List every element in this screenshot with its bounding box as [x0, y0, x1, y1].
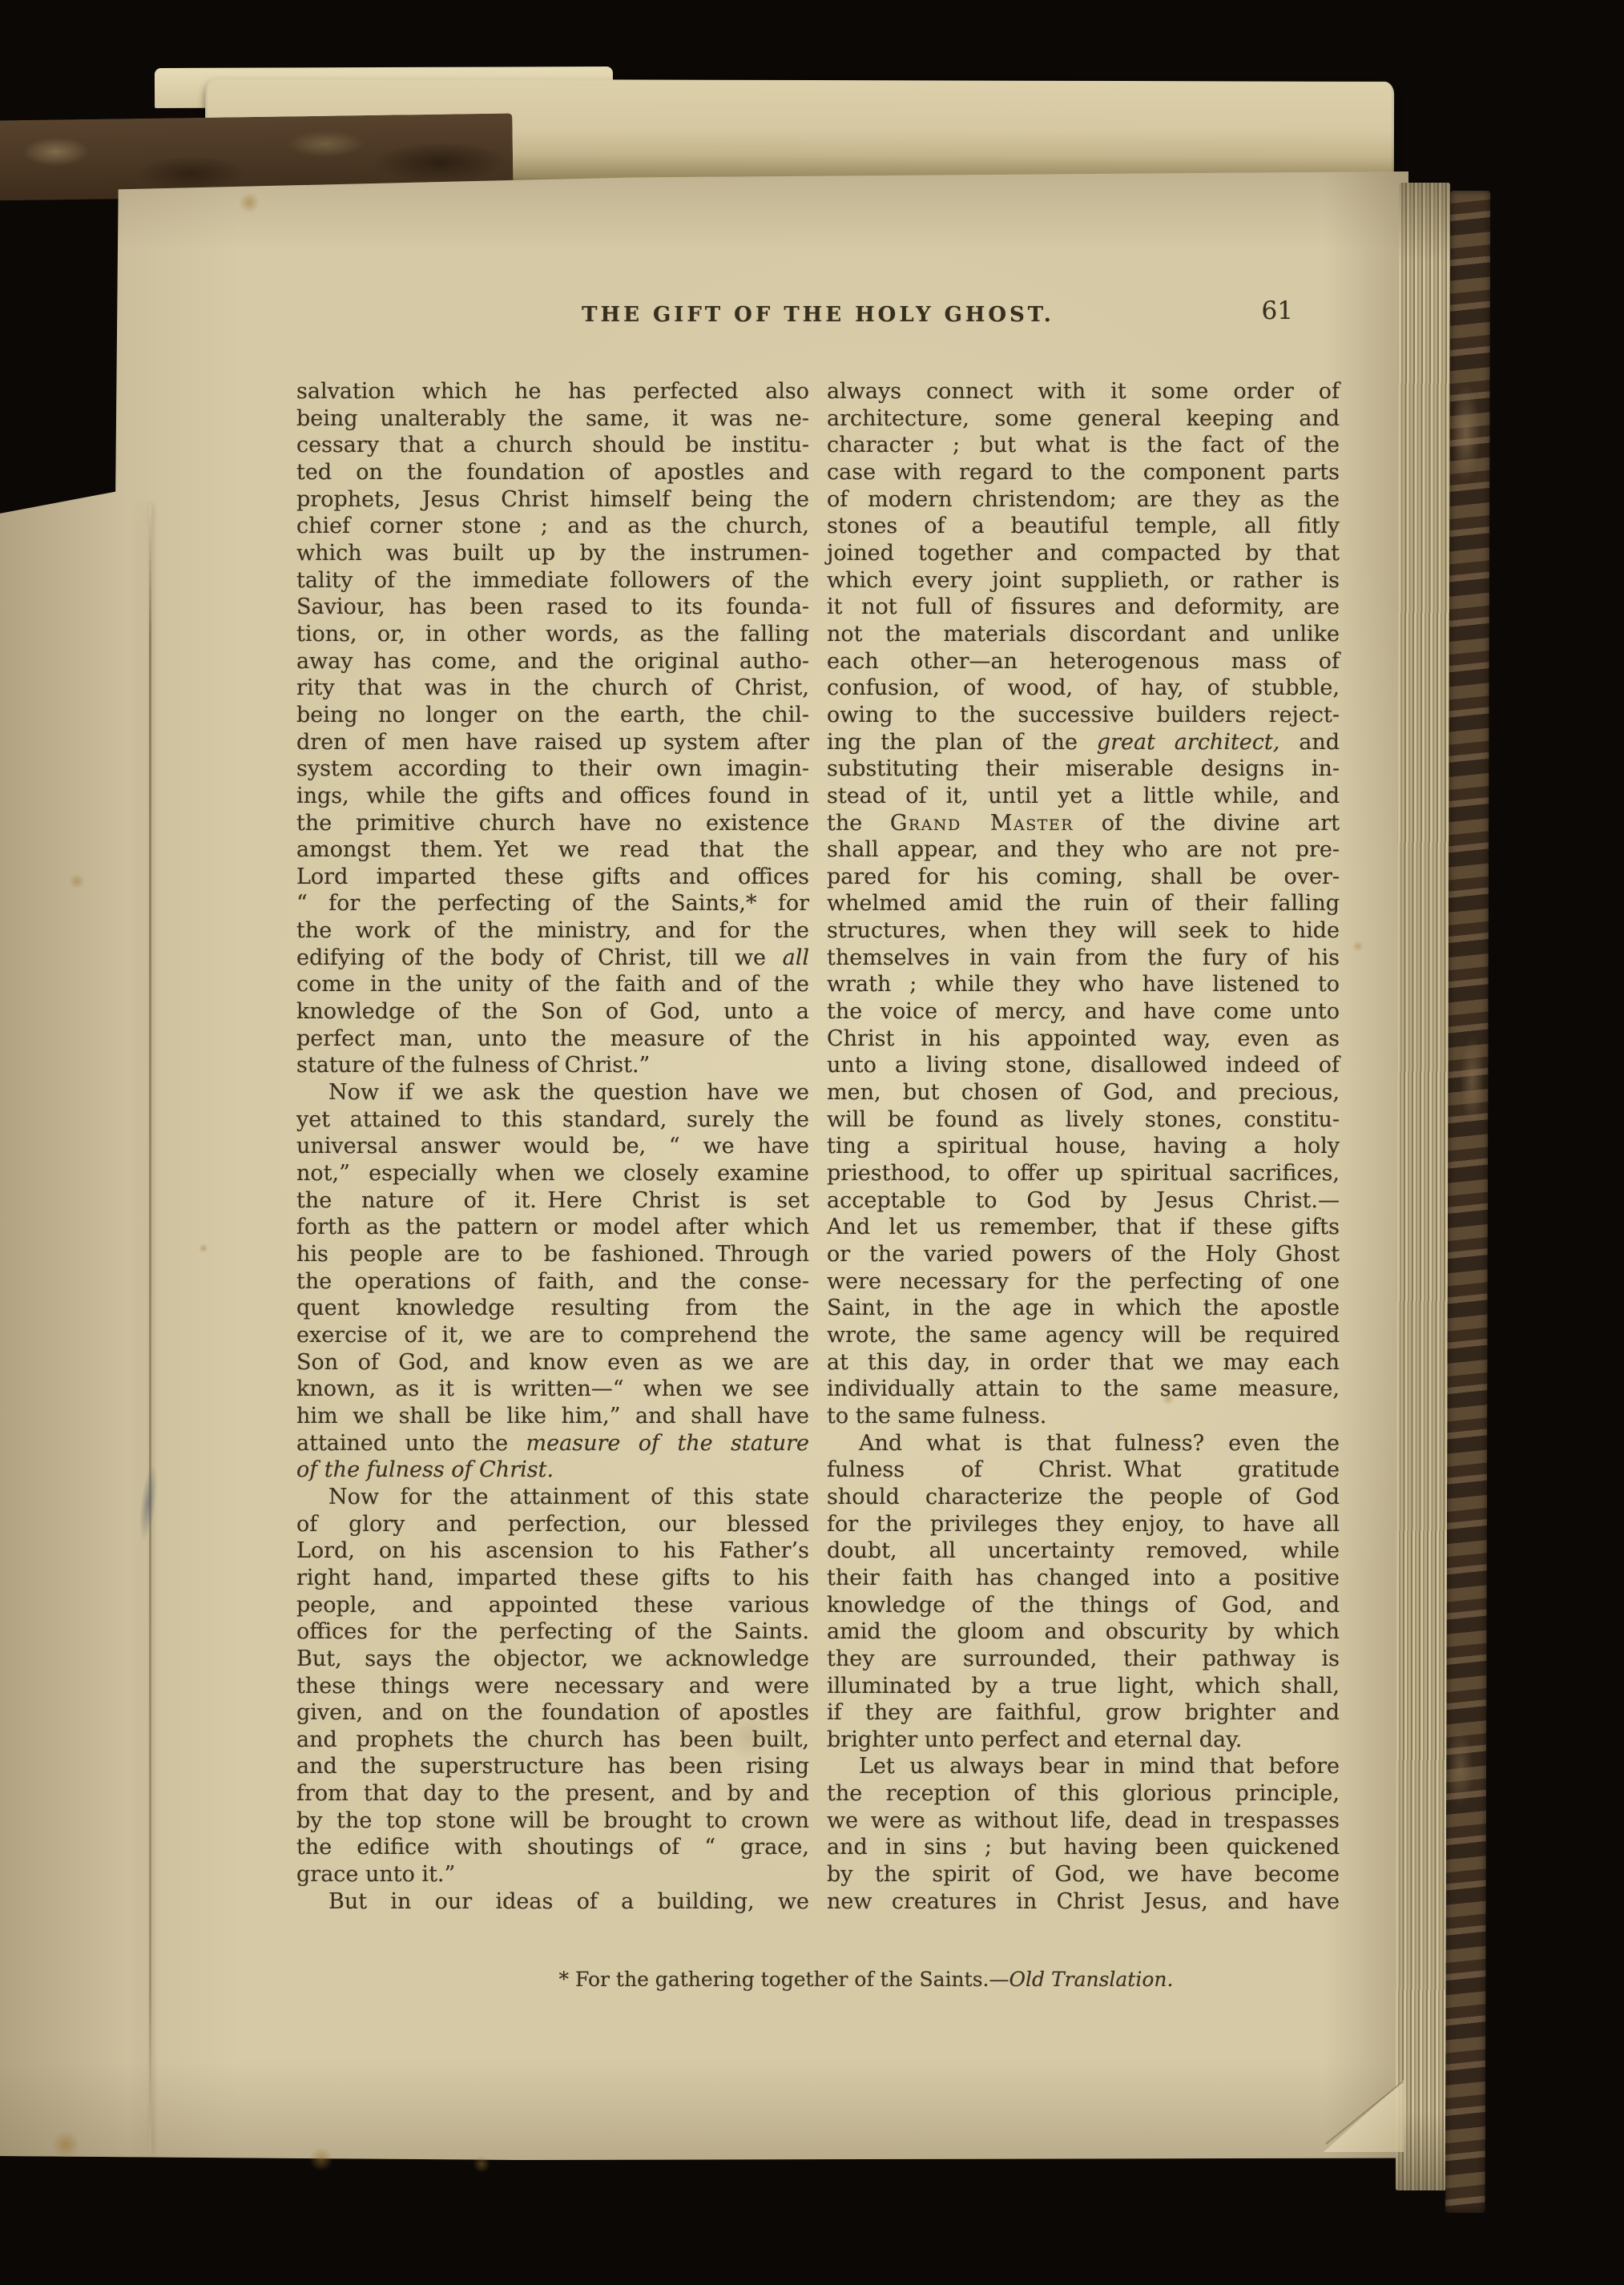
text-line: and the superstructure has been rising — [296, 1753, 809, 1780]
text-line: Lord, on his ascension to his Father’s — [296, 1537, 809, 1565]
text-line: being unalterably the same, it was ne- — [296, 405, 809, 433]
text-line: Now for the attainment of this state — [296, 1484, 809, 1511]
text-line: and in sins ; but having been quickened — [827, 1834, 1340, 1861]
foxing-spot — [473, 2155, 490, 2173]
text-line: doubt, all uncertainty removed, while — [827, 1537, 1340, 1565]
text-line: from that day to the present, and by and — [296, 1780, 809, 1807]
text-line: known, as it is written—“ when we see — [296, 1376, 809, 1403]
text-line: structures, when they will seek to hide — [827, 917, 1340, 945]
text-line: chief corner stone ; and as the church, — [296, 513, 809, 540]
text-line: knowledge of the things of God, and — [827, 1592, 1340, 1619]
text-line: whelmed amid the ruin of their falling — [827, 890, 1340, 917]
text-line: or the varied powers of the Holy Ghost — [827, 1241, 1340, 1268]
text-line: not the materials discordant and unlike — [827, 621, 1340, 648]
text-line: of glory and perfection, our blessed — [296, 1511, 809, 1538]
text-line: Christ in his appointed way, even as — [827, 1026, 1340, 1053]
text-line: dren of men have raised up system after — [296, 729, 809, 756]
text-line: exercise of it, we are to comprehend the — [296, 1322, 809, 1349]
text-line: architecture, some general keeping and — [827, 405, 1340, 433]
text-line: ing the plan of the great architect, and — [827, 729, 1340, 756]
text-line: And let us remember, that if these gifts — [827, 1214, 1340, 1241]
text-line: which every joint supplieth, or rather i… — [827, 567, 1340, 594]
text-line: unto a living stone, disallowed indeed o… — [827, 1052, 1340, 1079]
text-line: tality of the immediate followers of the — [296, 567, 809, 594]
text-line: Son of God, and know even as we are — [296, 1349, 809, 1376]
text-line: of modern christendom; are they as the — [827, 486, 1340, 514]
text-line: wrote, the same agency will be required — [827, 1322, 1340, 1349]
text-line: themselves in vain from the fury of his — [827, 945, 1340, 972]
text-line: pared for his coming, shall be over- — [827, 864, 1340, 891]
text-line: shall appear, and they who are not pre- — [827, 836, 1340, 864]
text-line: Lord imparted these gifts and offices — [296, 864, 809, 891]
foxing-spot — [199, 1243, 208, 1253]
text-line: perfect man, unto the measure of the — [296, 1026, 809, 1053]
text-line: and prophets the church has been built, — [296, 1727, 809, 1754]
text-line: “ for the perfecting of the Saints,* for — [296, 890, 809, 917]
text-line: salvation which he has perfected also — [296, 378, 809, 405]
text-line: attained unto the measure of the stature — [296, 1430, 809, 1457]
text-line: by the top stone will be brought to crow… — [296, 1807, 809, 1835]
text-line: they are surrounded, their pathway is — [827, 1646, 1340, 1673]
text-line: tions, or, in other words, as the fallin… — [296, 621, 809, 648]
text-line: Let us always bear in mind that before — [827, 1753, 1340, 1780]
text-line: for the privileges they enjoy, to have a… — [827, 1511, 1340, 1538]
text-line: yet attained to this standard, surely th… — [296, 1106, 809, 1134]
text-line: forth as the pattern or model after whic… — [296, 1214, 809, 1241]
text-line: of the fulness of Christ. — [296, 1457, 809, 1484]
text-line: grace unto it.” — [296, 1861, 809, 1888]
text-line: ting a spiritual house, having a holy — [827, 1133, 1340, 1160]
text-line: their faith has changed into a positive — [827, 1565, 1340, 1592]
text-line: individually attain to the same measure, — [827, 1376, 1340, 1403]
page-number: 61 — [1262, 296, 1293, 325]
text-line: joined together and compacted by that — [827, 540, 1340, 567]
text-line: should characterize the people of God — [827, 1484, 1340, 1511]
text-line: quent knowledge resulting from the — [296, 1295, 809, 1322]
text-columns: salvation which he has perfected alsobei… — [296, 378, 1340, 1915]
text-line: people, and appointed these various — [296, 1592, 809, 1619]
text-line: But in our ideas of a building, we — [296, 1888, 809, 1916]
text-line: the operations of faith, and the conse- — [296, 1268, 809, 1296]
text-line: men, but chosen of God, and precious, — [827, 1079, 1340, 1106]
text-line: which was built up by the instrumen- — [296, 540, 809, 567]
text-column-left: salvation which he has perfected alsobei… — [296, 378, 809, 1915]
footnote: * For the gathering together of the Sain… — [345, 1968, 1388, 1991]
text-line: amid the gloom and obscurity by which — [827, 1618, 1340, 1646]
running-head-title: THE GIFT OF THE HOLY GHOST. — [582, 303, 1054, 327]
text-line: the primitive church have no existence — [296, 810, 809, 837]
text-column-right: always connect with it some order ofarch… — [827, 378, 1340, 1915]
text-line: knowledge of the Son of God, unto a — [296, 998, 809, 1026]
text-line: illuminated by a true light, which shall… — [827, 1673, 1340, 1700]
text-line: right hand, imparted these gifts to his — [296, 1565, 809, 1592]
text-line: were necessary for the perfecting of one — [827, 1268, 1340, 1296]
text-line: stature of the fulness of Christ.” — [296, 1052, 809, 1079]
text-line: stones of a beautiful temple, all fitly — [827, 513, 1340, 540]
text-line: come in the unity of the faith and of th… — [296, 971, 809, 998]
text-line: stead of it, until yet a little while, a… — [827, 783, 1340, 810]
text-line: at this day, in order that we may each — [827, 1349, 1340, 1376]
text-line: confusion, of wood, of hay, of stubble, — [827, 675, 1340, 702]
text-line: rity that was in the church of Christ, — [296, 675, 809, 702]
text-line: the Grand Master of the divine art — [827, 810, 1340, 837]
gutter-crease — [149, 505, 151, 2154]
text-line: being no longer on the earth, the chil- — [296, 702, 809, 729]
text-line: owing to the successive builders reject- — [827, 702, 1340, 729]
text-line: if they are faithful, grow brighter and — [827, 1699, 1340, 1727]
text-line: edifying of the body of Christ, till we … — [296, 945, 809, 972]
text-line: him we shall be like him,” and shall hav… — [296, 1403, 809, 1430]
text-line: each other—an heterogenous mass of — [827, 648, 1340, 675]
text-line: ings, while the gifts and offices found … — [296, 783, 809, 810]
text-line: brighter unto perfect and eternal day. — [827, 1727, 1340, 1754]
text-line: priesthood, to offer up spiritual sacrif… — [827, 1160, 1340, 1187]
text-line: away has come, and the original autho- — [296, 648, 809, 675]
text-line: Now if we ask the question have we — [296, 1079, 809, 1106]
text-line: always connect with it some order of — [827, 378, 1340, 405]
text-line: system according to their own imagin- — [296, 756, 809, 783]
text-line: character ; but what is the fact of the — [827, 432, 1340, 459]
text-line: fulness of Christ. What gratitude — [827, 1457, 1340, 1484]
text-line: substituting their miserable designs in- — [827, 756, 1340, 783]
leather-cover-edge — [1445, 191, 1491, 2213]
text-line: we were as without life, dead in trespas… — [827, 1807, 1340, 1835]
text-line: the reception of this glorious principle… — [827, 1780, 1340, 1807]
foxing-spot — [51, 2131, 80, 2158]
text-line: Saviour, has been rased to its founda- — [296, 594, 809, 621]
text-line: offices for the perfecting of the Saints… — [296, 1618, 809, 1646]
text-line: prophets, Jesus Christ himself being the — [296, 486, 809, 514]
text-line: given, and on the foundation of apostles — [296, 1699, 809, 1727]
text-line: new creatures in Christ Jesus, and have — [827, 1888, 1340, 1916]
text-line: case with regard to the component parts — [827, 459, 1340, 486]
text-line: acceptable to God by Jesus Christ.— — [827, 1187, 1340, 1215]
foxing-spot — [309, 2147, 333, 2171]
text-line: ted on the foundation of apostles and — [296, 459, 809, 486]
text-line: universal answer would be, “ we have — [296, 1133, 809, 1160]
text-line: the edifice with shoutings of “ grace, — [296, 1834, 809, 1861]
stacked-page-edges — [1396, 183, 1450, 2190]
foxing-spot — [1352, 941, 1364, 952]
text-line: the work of the ministry, and for the — [296, 917, 809, 945]
running-head: THE GIFT OF THE HOLY GHOST. 61 — [296, 303, 1340, 327]
text-line: wrath ; while they who have listened to — [827, 971, 1340, 998]
text-line: the voice of mercy, and have come unto — [827, 998, 1340, 1026]
text-line: Saint, in the age in which the apostle — [827, 1295, 1340, 1322]
text-line: the nature of it. Here Christ is set — [296, 1187, 809, 1215]
text-line: his people are to be fashioned. Through — [296, 1241, 809, 1268]
text-line: not,” especially when we closely examine — [296, 1160, 809, 1187]
text-line: to the same fulness. — [827, 1403, 1340, 1430]
text-line: by the spirit of God, we have become — [827, 1861, 1340, 1888]
text-line: these things were necessary and were — [296, 1673, 809, 1700]
foxing-spot — [69, 873, 85, 889]
photographed-book-page: THE GIFT OF THE HOLY GHOST. 61 salvation… — [0, 0, 1624, 2285]
text-line: cessary that a church should be institu- — [296, 432, 809, 459]
text-line: will be found as lively stones, constitu… — [827, 1106, 1340, 1134]
text-line: it not full of fissures and deformity, a… — [827, 594, 1340, 621]
foxing-spot — [239, 192, 260, 213]
text-line: And what is that fulness? even the — [827, 1430, 1340, 1457]
text-line: amongst them. Yet we read that the — [296, 836, 809, 864]
text-line: But, says the objector, we acknowledge — [296, 1646, 809, 1673]
